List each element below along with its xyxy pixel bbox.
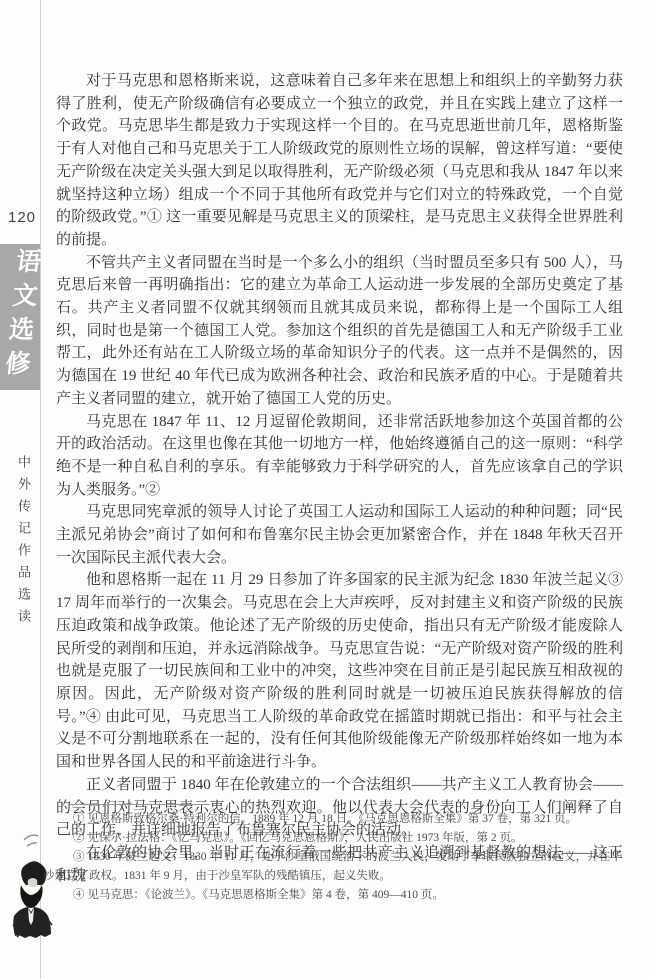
footnotes: ① 见恩格斯致格尔桑·特利尔的信。1889 年 12 月 18 日。《马克思恩格… [43,810,622,905]
textbook-page: 120 语文选修 中外传记作品选读 对于马克思和恩格斯来说，这意味着自己多年来在… [0,0,650,979]
footnote: ④ 见马克思：《论波兰》。《马克思恩格斯全集》第 4 卷，第 409—410 页… [43,886,622,905]
footnote: ③ 1830 年波兰起义：1830 年 11 月，处于沙皇俄国统治下的波兰人民，… [43,848,622,886]
page-number: 120 [6,209,38,226]
footnote-divider [70,804,210,805]
series-strip: 语文选修 [0,244,40,390]
footnote: ② 见保尔·拉法格：《忆马克思》。《回忆马克思恩格斯》，人民出版社 1973 年… [43,829,622,848]
body-paragraph: 马克思同宪章派的领导人讨论了英国工人运动和国际工人运动的种种问题；同“民主派兄弟… [56,501,623,569]
body-paragraph: 对于马克思和恩格斯来说，这意味着自己多年来在思想上和组织上的辛勤努力获得了胜利，… [56,70,623,252]
body-paragraph: 马克思在 1847 年 11、12 月逗留伦敦期间，还非常活跃地参加这个英国首都… [56,411,623,502]
body-text: 对于马克思和恩格斯来说，这意味着自己多年来在思想上和组织上的辛勤努力获得了胜利，… [56,70,623,887]
footnote: ① 见恩格斯致格尔桑·特利尔的信。1889 年 12 月 18 日。《马克思恩格… [43,810,622,829]
series-title-vertical: 语文选修 [0,248,41,384]
artist-mark [24,835,38,846]
book-subtitle-vertical: 中外传记作品选读 [14,455,33,640]
body-paragraph: 他和恩格斯一起在 11 月 29 日参加了许多国家的民主派为纪念 1830 年波… [56,569,623,773]
body-paragraph: 不管共产主义者同盟在当时是一个多么小的组织（当时盟员至多只有 500 人），马克… [56,252,623,411]
